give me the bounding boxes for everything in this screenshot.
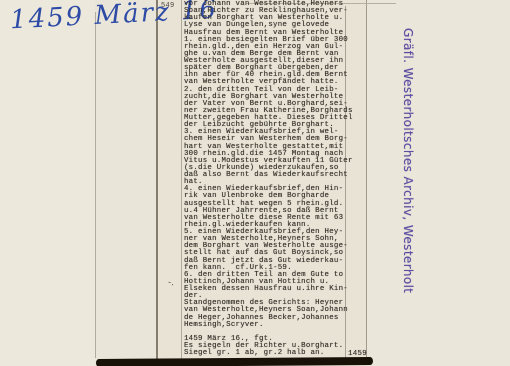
pencil-mark: -. — [167, 278, 174, 289]
typescript-line: Hemsingh,Scryver. — [184, 322, 394, 329]
scanned-archive-card: 1459 März 16 549 vor Johann van Westerho… — [0, 0, 510, 366]
typescript-line: daß also Bernt das Wiederkaufsrecht — [184, 172, 394, 179]
typescript-line: Elseken dessen Hausfrau u.ihre Kin- — [184, 286, 394, 293]
card-bottom-edge-shadow — [96, 357, 373, 366]
catalog-number: 549 — [161, 2, 175, 10]
typescript-text-column: vor Johann van Westerholte,HeynersSoan,R… — [184, 1, 394, 357]
archive-stamp: Gräfl. Westerholtsches Archiv, Westerhol… — [401, 28, 415, 340]
text-column-left-rule — [181, 0, 182, 359]
photo-edge-rule — [156, 0, 158, 359]
vertical-rule-left — [95, 12, 96, 358]
